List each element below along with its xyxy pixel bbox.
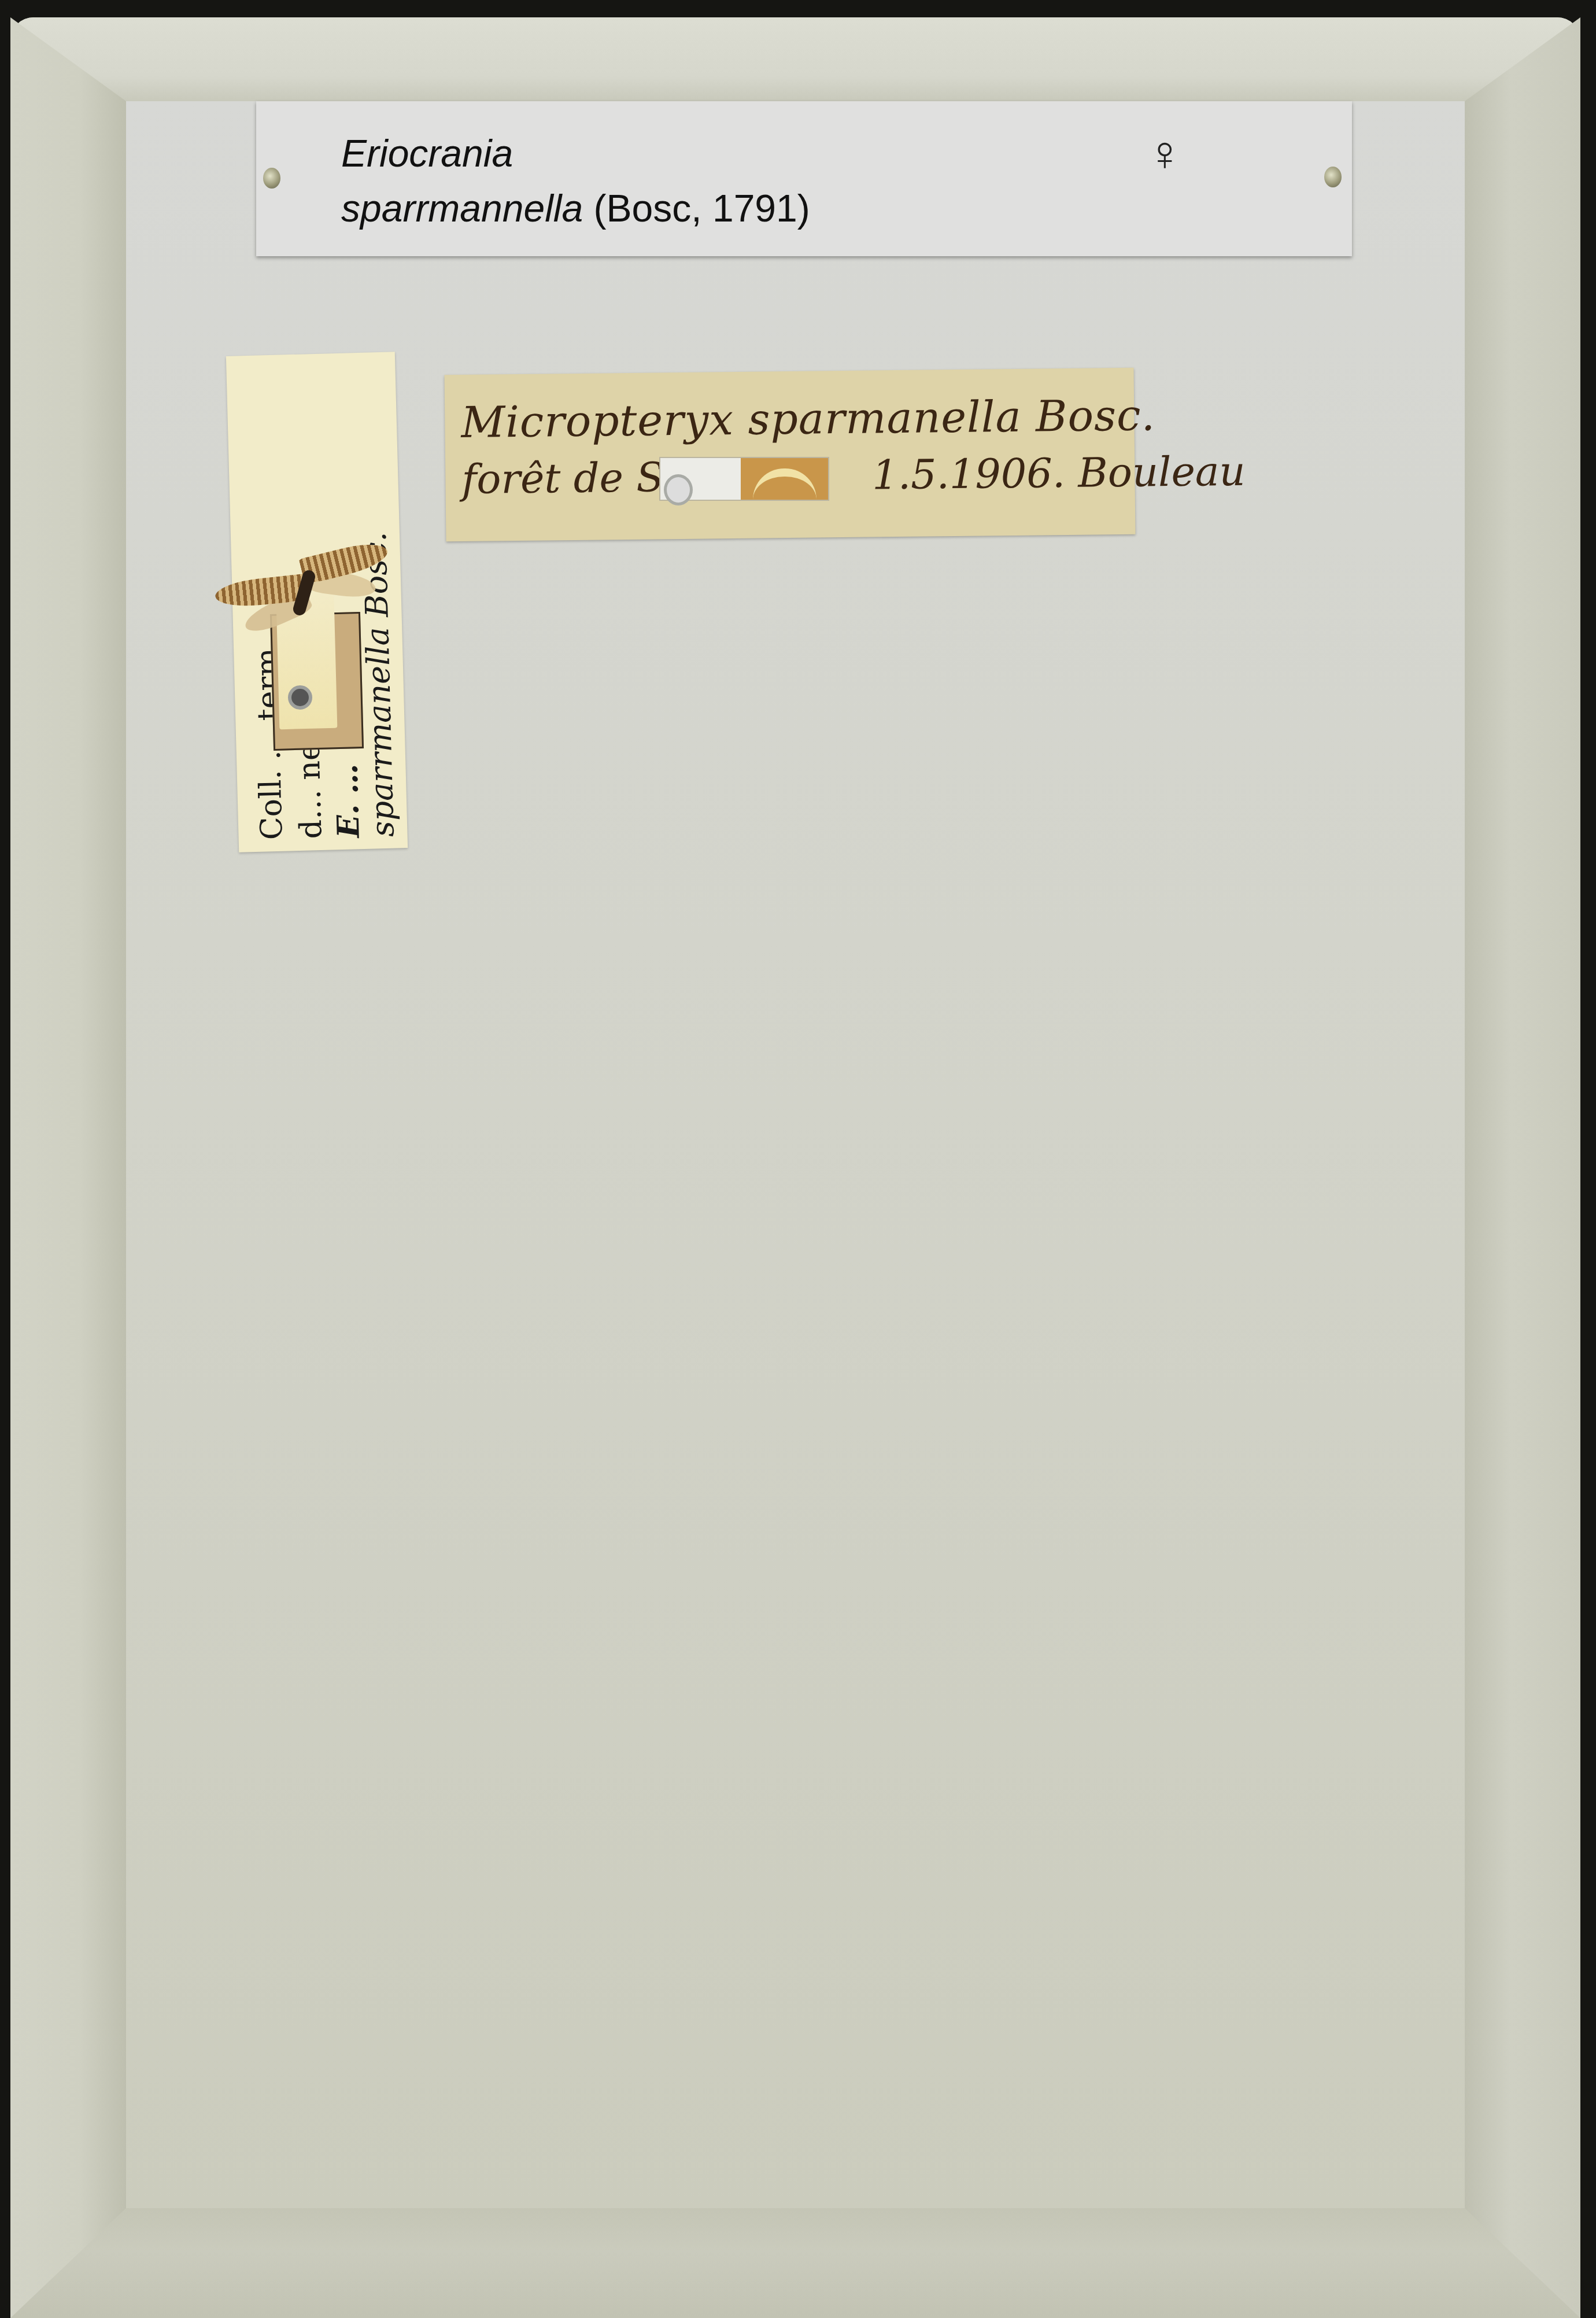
pin-head-icon <box>263 168 280 189</box>
species-authority: (Bosc, 1791) <box>594 187 810 230</box>
handwritten-label-line1: Micropteryx sparmanella Bosc. <box>461 390 1155 448</box>
pin-head-icon <box>1324 167 1342 187</box>
species-epithet: sparrmannella <box>341 187 583 230</box>
species-name-line: sparrmannella (Bosc, 1791) <box>341 186 810 230</box>
tray-wall-top <box>10 17 1580 101</box>
female-symbol-icon: ♀ <box>1147 126 1183 182</box>
handwritten-label: Micropteryx sparmanella Bosc. forêt de S… <box>445 368 1136 541</box>
pin-icon <box>664 474 693 505</box>
handwritten-label-line2: forêt de S1.5.1906. Bouleau <box>461 448 1246 503</box>
species-header-label: Eriocrania sparrmannella (Bosc, 1791) ♀ <box>256 101 1352 256</box>
pin-icon <box>288 685 312 710</box>
handwritten-date-host: 1.5.1906. Bouleau <box>872 448 1246 499</box>
specimen-label-line3: E. … <box>329 763 366 838</box>
tray-wall-bottom <box>10 2208 1580 2318</box>
handwritten-locality: forêt de S <box>461 453 664 503</box>
larva-specimen <box>753 468 817 500</box>
specimen-label-line2: d… ne <box>291 743 328 840</box>
tray-wall-right <box>1465 17 1580 2318</box>
species-genus: Eriocrania <box>341 131 513 175</box>
tray-wall-left <box>10 17 126 2318</box>
